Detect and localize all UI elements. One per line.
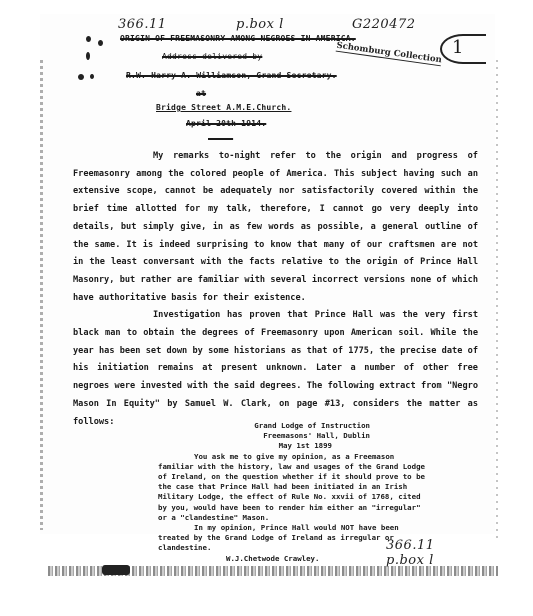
page-left-edge — [40, 60, 43, 530]
body-text: My remarks to-night refer to the origin … — [73, 148, 478, 431]
venue-line: Bridge Street A.M.E.Church. — [156, 103, 291, 112]
scan-smudge — [98, 40, 103, 46]
call-number: 366.11 — [118, 17, 167, 32]
scan-smudge — [86, 52, 90, 60]
scan-smudge — [102, 565, 130, 575]
scan-smudge — [78, 74, 84, 80]
delivered-by-line: Address delivered by — [162, 52, 262, 61]
author-line: R.W. Harry A. Williamson, Grand Secretar… — [126, 71, 337, 80]
paragraph: My remarks to-night refer to the origin … — [73, 148, 478, 307]
page-right-edge — [496, 60, 498, 540]
page-number: 1 — [440, 34, 486, 64]
document-title: ORIGIN OF FREEMASONRY AMONG NEGROES IN A… — [120, 34, 356, 43]
box-label: p.box l — [236, 17, 284, 32]
scan-smudge — [86, 36, 91, 42]
accession-number: G220472 — [352, 17, 416, 32]
at-line: at — [196, 89, 206, 98]
quote-heading: Freemasons' Hall, Dublin — [158, 431, 428, 441]
scan-smudge — [90, 74, 94, 79]
bottom-call-number: 366.11 — [386, 538, 435, 553]
paragraph: Investigation has proven that Prince Hal… — [73, 307, 478, 431]
quote-paragraph: You ask me to give my opinion, as a Free… — [158, 452, 428, 523]
separator-line: ----- — [208, 134, 233, 143]
quote-date: May 1st 1899 — [158, 441, 428, 451]
date-line: April 20th 1914. — [186, 119, 266, 128]
bottom-box-label: p.box l — [386, 553, 434, 568]
quote-heading: Grand Lodge of Instruction — [158, 421, 428, 431]
